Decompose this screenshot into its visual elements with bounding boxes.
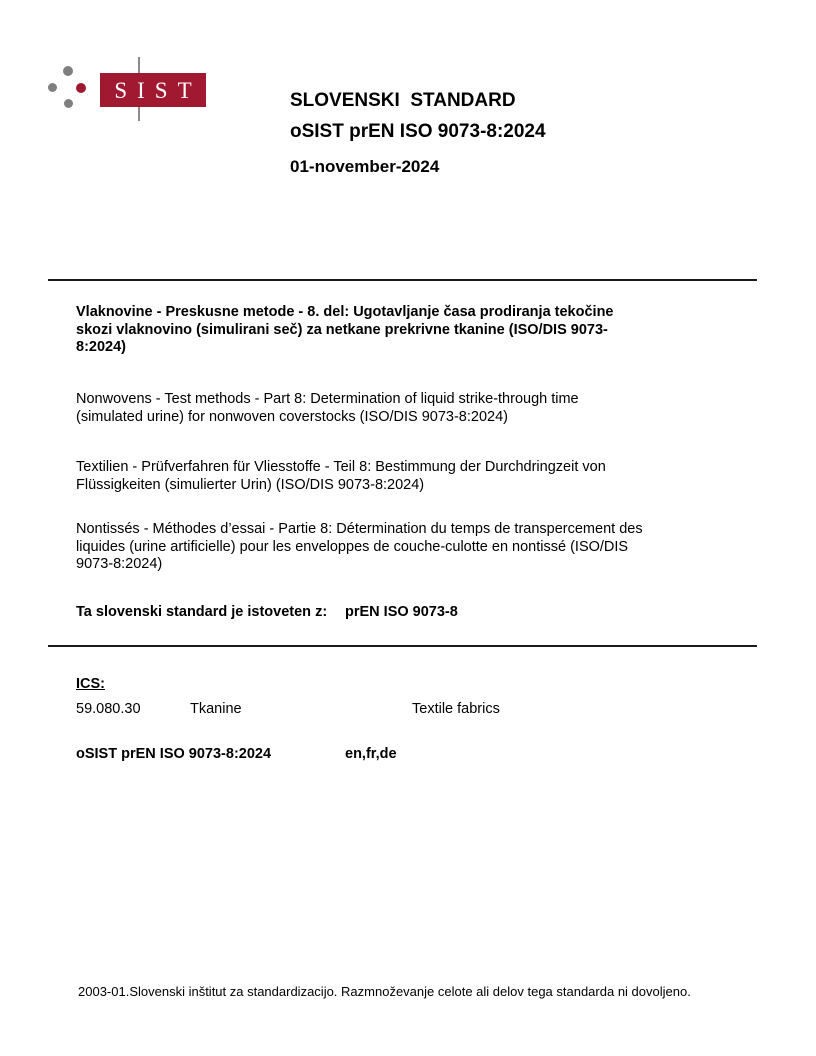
logo-dot-left-icon — [48, 83, 57, 92]
standard-id: oSIST prEN ISO 9073-8:2024 — [290, 121, 546, 143]
document-id-row: oSIST prEN ISO 9073-8:2024 en,fr,de — [76, 746, 271, 762]
equivalence-value: prEN ISO 9073-8 — [345, 604, 458, 620]
ics-table-row: 59.080.30 Tkanine Textile fabrics — [76, 701, 141, 717]
copyright-footer: 2003-01.Slovenski inštitut za standardiz… — [78, 984, 691, 999]
publication-date: 01-november-2024 — [290, 157, 439, 177]
standard-label: SLOVENSKI STANDARD — [290, 90, 516, 112]
equivalence-label: Ta slovenski standard je istoveten z: — [76, 604, 327, 620]
title-german: Textilien - Prüfverfahren für Vliesstoff… — [76, 459, 776, 494]
document-languages: en,fr,de — [345, 746, 397, 762]
title-slovenian: Vlaknovine - Preskusne metode - 8. del: … — [76, 304, 776, 357]
ics-heading: ICS: — [76, 676, 105, 692]
equivalence-row: Ta slovenski standard je istoveten z: pr… — [76, 604, 327, 620]
sist-logo: SIST — [0, 0, 260, 140]
ics-name-english: Textile fabrics — [412, 701, 500, 717]
document-id: oSIST prEN ISO 9073-8:2024 — [76, 746, 271, 762]
horizontal-rule-bottom — [48, 645, 757, 647]
logo-dot-red-icon — [76, 83, 86, 93]
logo-dot-bottom-icon — [64, 99, 73, 108]
horizontal-rule-top — [48, 279, 757, 281]
ics-code: 59.080.30 — [76, 701, 141, 717]
standard-cover-page: SIST SLOVENSKI STANDARD oSIST prEN ISO 9… — [0, 0, 816, 1056]
title-english: Nonwovens - Test methods - Part 8: Deter… — [76, 391, 776, 426]
logo-box: SIST — [100, 73, 206, 107]
logo-text: SIST — [104, 79, 201, 102]
ics-name-slovenian: Tkanine — [190, 701, 242, 717]
title-french: Nontissés - Méthodes d’essai - Partie 8:… — [76, 521, 776, 574]
logo-dot-top-icon — [63, 66, 73, 76]
